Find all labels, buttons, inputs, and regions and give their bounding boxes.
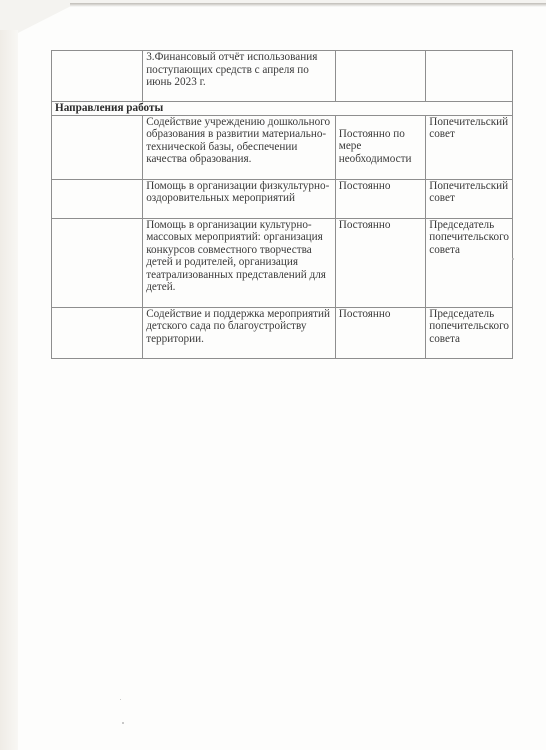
table-cell-responsible: Председатель попечительского совета xyxy=(426,218,513,307)
table-cell-activity: 3.Финансовый отчёт использования поступа… xyxy=(143,51,336,102)
table-row: Помощь в организации физкультурно-оздоро… xyxy=(52,179,513,218)
table-cell-timing xyxy=(335,51,426,102)
table-cell-timing: Постоянно xyxy=(335,218,426,307)
scan-margin xyxy=(0,30,18,750)
table-cell xyxy=(52,307,143,358)
table-cell xyxy=(52,179,143,218)
table-cell xyxy=(52,115,143,179)
table-row: Содействие учреждению дошкольного образо… xyxy=(52,115,513,179)
table-cell-activity: Помощь в организации физкультурно-оздоро… xyxy=(143,179,336,218)
table-cell-responsible: Председатель попечительского совета xyxy=(426,307,513,358)
table-cell-responsible xyxy=(426,51,513,102)
table-section-row: Направления работы xyxy=(52,102,513,116)
table-cell-timing: Постоянно xyxy=(335,179,426,218)
table-cell-responsible: Попечительский совет xyxy=(426,179,513,218)
table-row: Помощь в организации культурно-массовых … xyxy=(52,218,513,307)
section-heading: Направления работы xyxy=(52,102,513,116)
table-cell xyxy=(52,51,143,102)
table-cell-activity: Помощь в организации культурно-массовых … xyxy=(143,218,336,307)
table-cell xyxy=(52,218,143,307)
table-cell-timing: Постоянно xyxy=(335,307,426,358)
table-cell-timing: Постоянно по мере необходимости xyxy=(335,115,426,179)
table-cell-activity: Содействие учреждению дошкольного образо… xyxy=(143,115,336,179)
page-fold-shadow xyxy=(70,3,546,7)
table-cell-responsible: Попечительский совет xyxy=(426,115,513,179)
timing-text: Постоянно по мере необходимости xyxy=(339,116,423,166)
scan-speck xyxy=(122,722,124,724)
scan-speck xyxy=(512,258,514,260)
scan-speck xyxy=(120,699,121,700)
table-row: Содействие и поддержка мероприятий детск… xyxy=(52,307,513,358)
plan-table: 3.Финансовый отчёт использования поступа… xyxy=(51,50,513,359)
table-row: 3.Финансовый отчёт использования поступа… xyxy=(52,51,513,102)
table-cell-activity: Содействие и поддержка мероприятий детск… xyxy=(143,307,336,358)
